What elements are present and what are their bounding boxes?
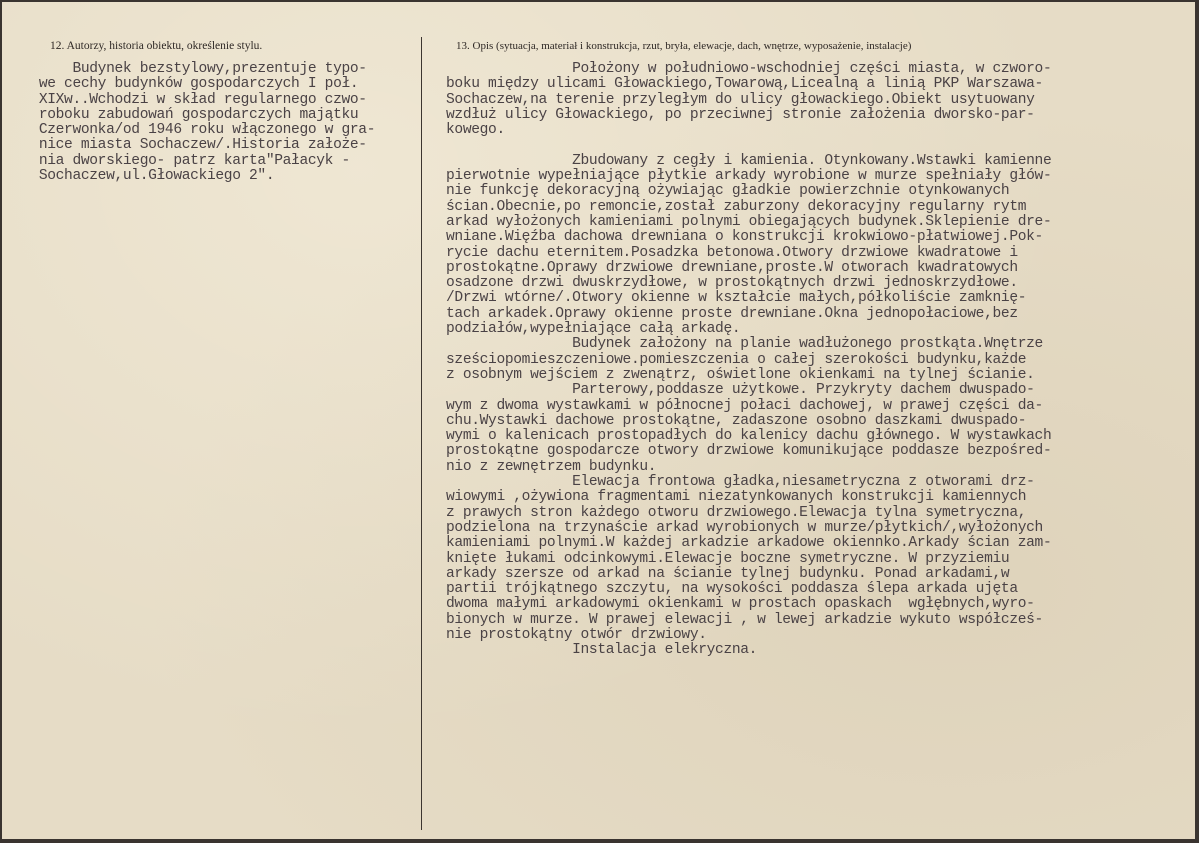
text-line: nia dworskiego- patrz karta"Pałacyk - (22, 154, 375, 169)
text-line: tach arkadek.Oprawy okienne proste drewn… (446, 307, 1051, 322)
text-line: boku między ulicami Głowackiego,Towarową… (446, 77, 1051, 92)
text-line: Parterowy,poddasze użytkowe. Przykryty d… (446, 383, 1051, 398)
text-line: Budynek założony na planie wadłużonego p… (446, 337, 1051, 352)
text-line: chu.Wystawki dachowe prostokątne, zadasz… (446, 414, 1051, 429)
text-line: nio z zewnętrzem budynku. (446, 460, 1051, 475)
text-line: we cechy budynków gospodarczych I poł. (22, 77, 375, 92)
column-divider (421, 37, 422, 830)
text-line: Czerwonka/od 1946 roku włączonego w gra- (22, 123, 375, 138)
text-line: prostokątne.Oprawy drzwiowe drewniane,pr… (446, 261, 1051, 276)
text-line: ścian.Obecnie,po remoncie,został zaburzo… (446, 200, 1051, 215)
text-line: Sochaczew,ul.Głowackiego 2". (22, 169, 375, 184)
text-line: wiowymi ,ożywiona fragmentami niezatynko… (446, 490, 1051, 505)
text-line: z osobnym wejściem z zwenątrz, oświetlon… (446, 368, 1051, 383)
text-line: pierwotnie wypełniające płytkie arkady w… (446, 169, 1051, 184)
text-line: wzdłuż ulicy Głowackiego, po przeciwnej … (446, 108, 1051, 123)
text-line: Instalacja elekryczna. (446, 643, 1051, 658)
text-line: podziałów,wypełniające całą arkadę. (446, 322, 1051, 337)
text-line: dwoma małymi arkadowymi okienkami w pros… (446, 597, 1051, 612)
text-line: kamieniami polnymi.W każdej arkadzie ark… (446, 536, 1051, 551)
text-line: arkady szersze od arkad na ścianie tylne… (446, 567, 1051, 582)
text-line: /Drzwi wtórne/.Otwory okienne w kształci… (446, 291, 1051, 306)
text-line: knięte łukami odcinkowymi.Elewacje boczn… (446, 552, 1051, 567)
text-line: arkad wyłożonych kamieniami polnymi obie… (446, 215, 1051, 230)
section-13-heading: 13. Opis (sytuacja, materiał i konstrukc… (456, 40, 911, 52)
text-line: rycie dachu eternitem.Posadzka betonowa.… (446, 246, 1051, 261)
text-line: Zbudowany z cegły i kamienia. Otynkowany… (446, 154, 1051, 169)
text-line: bionych w murze. W prawej elewacji , w l… (446, 613, 1051, 628)
text-line: podzielona na trzynaście arkad wyrobiony… (446, 521, 1051, 536)
text-line: prostokątne gospodarcze otwory drzwiowe … (446, 444, 1051, 459)
text-line: wym z dwoma wystawkami w północnej połac… (446, 399, 1051, 414)
section-12-heading: 12. Autorzy, historia obiektu, określeni… (50, 40, 262, 52)
section-13-text: Położony w południowo-wschodniej części … (446, 62, 1051, 659)
text-line: kowego. (446, 123, 1051, 138)
text-line: Budynek bezstylowy,prezentuje typo- (22, 62, 375, 77)
text-line: nice miasta Sochaczew/.Historia założe- (22, 138, 375, 153)
text-line: roboku zabudowań gospodarczych majątku (22, 108, 375, 123)
text-line: XIXw..Wchodzi w skład regularnego czwo- (22, 93, 375, 108)
text-line: wymi o kalenicach prostopadłych do kalen… (446, 429, 1051, 444)
text-line: partii trójkątnego szczytu, na wysokości… (446, 582, 1051, 597)
text-line: sześciopomieszczeniowe.pomieszczenia o c… (446, 353, 1051, 368)
text-line: Położony w południowo-wschodniej części … (446, 62, 1051, 77)
text-line: Sochaczew,na terenie przyległym do ulicy… (446, 93, 1051, 108)
text-line (446, 138, 1051, 153)
text-line: z prawych stron każdego otworu drzwioweg… (446, 506, 1051, 521)
section-12-text: Budynek bezstylowy,prezentuje typo- we c… (22, 62, 375, 184)
text-line: nie prostokątny otwór drzwiowy. (446, 628, 1051, 643)
text-line: nie funkcję dekoracyjną ożywiając gładki… (446, 184, 1051, 199)
text-line: Elewacja frontowa gładka,niesametryczna … (446, 475, 1051, 490)
text-line: wniane.Więźba dachowa drewniana o konstr… (446, 230, 1051, 245)
record-card: 12. Autorzy, historia obiektu, określeni… (2, 2, 1195, 839)
text-line: osadzone drzwi dwuskrzydłowe, w prostoką… (446, 276, 1051, 291)
